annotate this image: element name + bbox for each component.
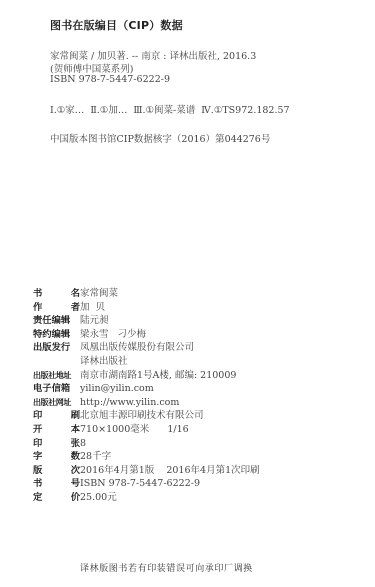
value: 南京市湖南路1号A楼, 邮编: 210009 [80,369,236,383]
cip-line-bibliographic: 家常闽菜 / 加贝著. -- 南京 : 译林出版社, 2016.3 [50,48,256,62]
label: 开本 [33,423,80,437]
value: 译林出版社 [80,355,128,369]
colophon-row-special-editor: 特约编辑梁永雪 刁少梅 [33,328,353,342]
colophon-row-edition: 版次2016年4月第1版 2016年4月第1次印刷 [33,464,353,478]
label: 出版社网址 [33,396,80,410]
colophon-row-word-count: 字数28千字 [33,450,353,464]
value: 8 [80,437,86,451]
colophon-row-format: 开本710×1000毫米 1/16 [33,423,353,437]
label: 版次 [33,464,80,478]
value: 710×1000毫米 1/16 [80,423,189,437]
cip-line-classification: Ⅰ.①家… Ⅱ.①加… Ⅲ.①闽菜-菜谱 Ⅳ.①TS972.182.57 [50,102,290,116]
cip-line-record-number: 中国版本图书馆CIP数据核字（2016）第044276号 [50,131,270,145]
label [33,355,80,369]
value: 家常闽菜 [80,287,118,301]
label: 印张 [33,437,80,451]
colophon-row-website: 出版社网址http://www.yilin.com [33,396,353,410]
label: 书号 [33,477,80,491]
label: 字数 [33,450,80,464]
value: 加 贝 [80,301,105,315]
colophon-row-author: 作者加 贝 [33,301,353,315]
value: 2016年4月第1版 2016年4月第1次印刷 [80,464,260,478]
value: 陆元昶 [80,314,109,328]
label: 电子信箱 [33,382,80,396]
colophon-row-publisher-2: 译林出版社 [33,355,353,369]
value: 梁永雪 刁少梅 [80,328,146,342]
label: 特约编辑 [33,328,80,342]
cip-line-series: (贺师傅中国菜系列) [50,61,133,75]
value: 25.00元 [80,491,117,505]
value: ISBN 978-7-5447-6222-9 [80,477,200,491]
label: 出版发行 [33,341,80,355]
value: 凤凰出版传媒股份有限公司 [80,341,194,355]
colophon-row-printer: 印刷北京旭丰源印刷技术有限公司 [33,409,353,423]
label: 书名 [33,287,80,301]
cip-title: 图书在版编目（CIP）数据 [50,17,183,33]
colophon-row-email: 电子信箱yilin@yilin.com [33,382,353,396]
label: 责任编辑 [33,314,80,328]
footer-notice: 译林版图书若有印装错误可向承印厂调换 [80,561,253,574]
colophon-row-publisher: 出版发行凤凰出版传媒股份有限公司 [33,341,353,355]
value: yilin@yilin.com [80,382,154,396]
colophon-row-price: 定价25.00元 [33,491,353,505]
label: 印刷 [33,409,80,423]
colophon-row-address: 出版社地址南京市湖南路1号A楼, 邮编: 210009 [33,369,353,383]
colophon-row-editor: 责任编辑陆元昶 [33,314,353,328]
value: http://www.yilin.com [80,396,179,410]
value: 北京旭丰源印刷技术有限公司 [80,409,204,423]
cip-line-isbn: ISBN 978-7-5447-6222-9 [50,74,170,85]
label: 作者 [33,301,80,315]
colophon-row-title: 书名家常闽菜 [33,287,353,301]
colophon-row-sheets: 印张8 [33,437,353,451]
value: 28千字 [80,450,111,464]
label: 出版社地址 [33,369,80,383]
label: 定价 [33,491,80,505]
colophon-row-isbn: 书号ISBN 978-7-5447-6222-9 [33,477,353,491]
colophon-table: 书名家常闽菜 作者加 贝 责任编辑陆元昶 特约编辑梁永雪 刁少梅 出版发行凤凰出… [33,287,353,505]
